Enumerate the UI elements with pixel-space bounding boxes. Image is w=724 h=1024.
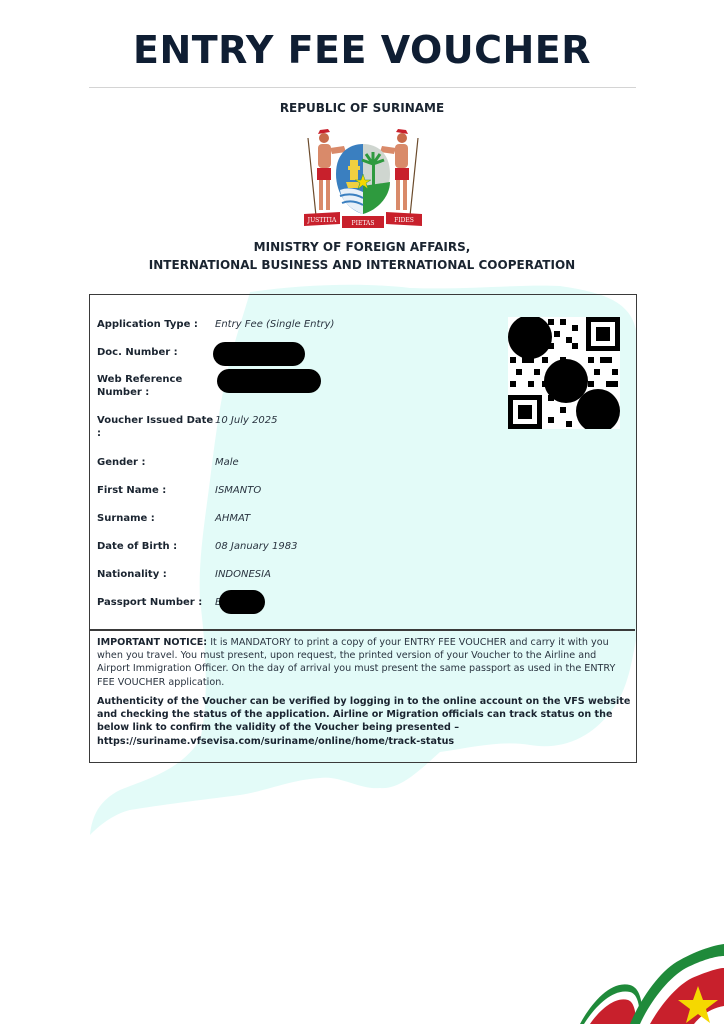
authenticity-text: Authenticity of the Voucher can be verif… — [97, 696, 630, 733]
authenticity-notice: Authenticity of the Voucher can be verif… — [97, 695, 632, 748]
ministry-line-2: INTERNATIONAL BUSINESS AND INTERNATIONAL… — [0, 256, 724, 274]
field-label: Web ReferenceNumber : — [97, 373, 215, 399]
field-value: 10 July 2025 — [215, 414, 278, 427]
field-label: First Name : — [97, 484, 215, 497]
redaction-mark — [219, 590, 265, 614]
field-value: Male — [215, 456, 239, 469]
page-title: ENTRY FEE VOUCHER — [0, 28, 724, 72]
voucher-card: Application Type : Entry Fee (Single Ent… — [89, 294, 637, 763]
section-divider — [90, 629, 635, 631]
field-value: AHMAT — [215, 512, 250, 525]
field-label: Surname : — [97, 512, 215, 525]
field-label: Gender : — [97, 456, 215, 469]
field-label: Passport Number : — [97, 596, 215, 609]
ministry-line-1: MINISTRY OF FOREIGN AFFAIRS, — [0, 238, 724, 256]
field-value: Entry Fee (Single Entry) — [215, 318, 334, 331]
suriname-coat-of-arms-icon: JUSTITIA PIETAS FIDES — [300, 126, 426, 232]
notice-heading: IMPORTANT NOTICE: — [97, 637, 207, 648]
field-label: Doc. Number : — [97, 346, 215, 359]
svg-text:FIDES: FIDES — [394, 217, 414, 224]
title-divider — [89, 87, 636, 88]
field-value: ISMANTO — [215, 484, 261, 497]
qr-code-icon — [508, 317, 620, 429]
redaction-mark — [217, 369, 321, 393]
field-label: Voucher Issued Date: — [97, 414, 215, 440]
field-label: Application Type : — [97, 318, 215, 331]
ministry-name: MINISTRY OF FOREIGN AFFAIRS, INTERNATION… — [0, 238, 724, 274]
redaction-mark — [213, 342, 305, 366]
country-name: REPUBLIC OF SURINAME — [0, 101, 724, 115]
field-value: 08 January 1983 — [215, 540, 297, 553]
field-label: Nationality : — [97, 568, 215, 581]
svg-text:JUSTITIA: JUSTITIA — [307, 217, 337, 224]
applicant-details: Application Type : Entry Fee (Single Ent… — [90, 295, 635, 629]
suriname-flag-ribbon-icon — [570, 930, 724, 1024]
field-value: INDONESIA — [215, 568, 271, 581]
field-label: Date of Birth : — [97, 540, 215, 553]
svg-text:PIETAS: PIETAS — [352, 220, 375, 227]
important-notice: IMPORTANT NOTICE: It is MANDATORY to pri… — [97, 636, 632, 689]
track-status-link[interactable]: https://suriname.vfsevisa.com/suriname/o… — [97, 736, 454, 747]
